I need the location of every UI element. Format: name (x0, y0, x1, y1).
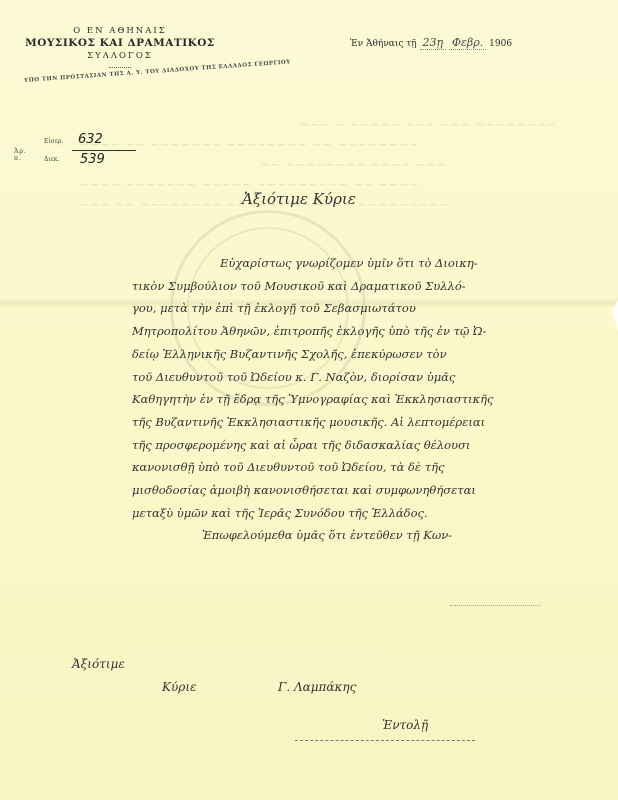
body-line: κανονισθῇ ὑπὸ τοῦ Διευθυντοῦ τοῦ Ὠδείου,… (132, 456, 602, 479)
body-line: Ἐπωφελούμεθα ὑμᾶς ὅτι ἐντεῦθεν τῇ Κων- (132, 524, 602, 547)
letter-page: ~~~ ~ ~~~~~ ~~~ ~~~ ~~~~~~~~ ~~~~ ~~ ~~~… (0, 0, 618, 800)
body-line: γου, μετὰ τὴν ἐπὶ τῇ ἐκλογῇ τοῦ Σεβασμιω… (132, 297, 602, 320)
protocol-rule (72, 150, 136, 151)
salutation: Ἀξιότιμε Κύριε (242, 190, 356, 208)
letterhead-line-1: Ο ΕΝ ΑΘΗΝΑΙΣ (20, 26, 220, 36)
body-end-rule (450, 605, 540, 606)
body-line: Καθηγητὴν ἐν τῇ ἕδρᾳ τῆς Ὑμνογραφίας καὶ… (132, 388, 602, 411)
letterhead: Ο ΕΝ ΑΘΗΝΑΙΣ ΜΟΥΣΙΚΟΣ ΚΑΙ ΔΡΑΜΑΤΙΚΟΣ ΣΥΛ… (20, 26, 220, 68)
date-month: Φεβρ. (449, 36, 486, 50)
body-line: τῆς Βυζαντινῆς Ἐκκλησιαστικῆς μουσικῆς. … (132, 411, 602, 434)
closing-line-1: Ἀξιότιμε (72, 657, 125, 671)
body-line: τικὸν Συμβούλιον τοῦ Μουσικοῦ καὶ Δραματ… (132, 275, 602, 298)
outgoing-label: Διεκ. (44, 156, 59, 163)
incoming-number: 632 (78, 132, 103, 147)
incoming-label: Εἰσερ. (44, 138, 63, 145)
dateline: Ἐν Ἀθήναις τῇ 23ῃ Φεβρ. 1906 (350, 36, 512, 49)
body-line: τῆς προσφερομένης καὶ αἱ ὧραι τῆς διδασκ… (132, 434, 602, 457)
letterhead-society-name: ΜΟΥΣΙΚΟΣ ΚΑΙ ΔΡΑΜΑΤΙΚΟΣ (20, 37, 220, 49)
dateline-prefix: Ἐν Ἀθήναις τῇ (350, 39, 417, 49)
signer-name: Γ. Λαμπάκης (278, 680, 356, 694)
ink-bleed-through: ~~ ~~~~~~~~ ~~~~ ~~~ (260, 158, 447, 171)
signature-rule (295, 740, 475, 741)
date-year: 1906 (489, 39, 512, 49)
closing-line-2: Κύριε (162, 680, 196, 694)
body-line: Μητροπολίτου Ἀθηνῶν, ἐπιτροπῆς ἐκλογῆς ὑ… (132, 320, 602, 343)
letterhead-divider (109, 67, 131, 68)
outgoing-number: 539 (80, 152, 105, 167)
ink-bleed-through: ~~~ ~ ~~~~~ ~~~ ~~~ ~~~~~~~~ (300, 118, 557, 131)
letter-body: Εὐχαρίστως γνωρίζομεν ὑμῖν ὅτι τὸ Διοικη… (132, 252, 602, 547)
body-line: τοῦ Διευθυντοῦ τοῦ Ὠδείου κ. Γ. Ναζὸν, δ… (132, 366, 602, 389)
body-line: δείῳ Ἑλληνικῆς Βυζαντινῆς Σχολῆς, ἐπεκύρ… (132, 343, 602, 366)
body-line: μισθοδοσίας ἀμοιβὴ κανονισθήσεται καὶ συ… (132, 479, 602, 502)
signer-title: Ἐντολῇ (382, 718, 428, 732)
date-day: 23ῃ (420, 36, 447, 50)
protocol-label: Ἀρ. π. (14, 148, 27, 162)
body-line: μεταξὺ ὑμῶν καὶ τῆς Ἱερᾶς Συνόδου τῆς Ἑλ… (132, 502, 602, 525)
body-line: Εὐχαρίστως γνωρίζομεν ὑμῖν ὅτι τὸ Διοικη… (132, 252, 602, 275)
letterhead-line-3: ΣΥΛΛΟΓΟΣ (20, 51, 220, 61)
